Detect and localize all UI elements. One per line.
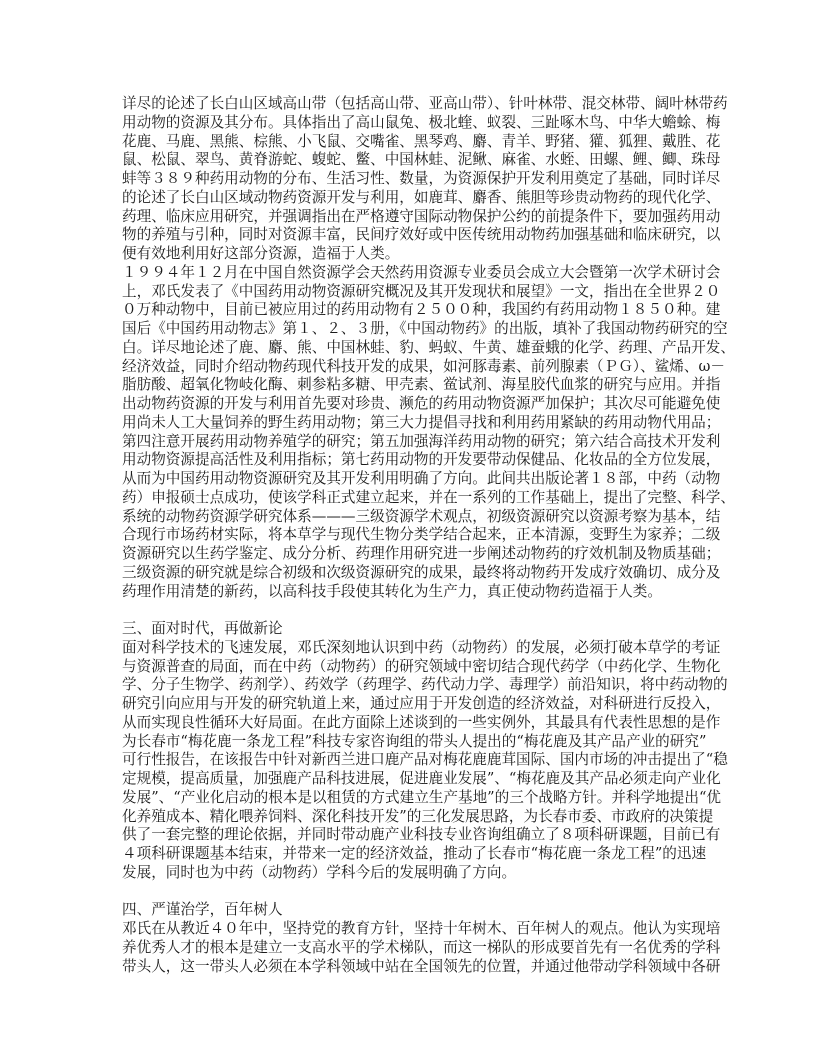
text-line: 养优秀人才的根本是建立一支高水平的学术梯队，而这一梯队的形成要首先有一名优秀的学… — [122, 939, 696, 958]
text-line: 上，邓氏发表了《中国药用动物资源研究概况及其开发现状和展望》一文，指出在全世界２… — [122, 283, 696, 302]
text-line: 从而实现良性循环大好局面。在此方面除上述谈到的一些实例外，其最具有代表性思想的是… — [122, 714, 696, 733]
text-line: ０万种动物中，目前已被应用过的药用动物有２５００种，我国约有药用动物１８５０种。… — [122, 301, 696, 320]
text-line: 供了一套完整的理论依据，并同时带动鹿产业科技专业咨询组确立了８项科研课题，目前已… — [122, 826, 696, 845]
text-line: 定规模，提高质量，加强鹿产品科技进展，促进鹿业发展”、“梅花鹿及其产品必须走向产… — [122, 770, 696, 789]
text-line: 系统的动物药资源学研究体系———三级资源学术观点，初级资源研究以资源考察为基本，… — [122, 508, 696, 527]
text-line: 面对科学技术的飞速发展，邓氏深刻地认识到中药（动物药）的发展，必须打破本草学的考… — [122, 639, 696, 658]
text-line: 鼠、松鼠、翠鸟、黄脊游蛇、蝮蛇、鳖、中国林蛙、泥鳅、麻雀、水蛭、田螺、鲤、鲫、珠… — [122, 151, 696, 170]
document-page: 详尽的论述了长白山区域高山带（包括高山带、亚高山带）、针叶林带、混交林带、阔叶林… — [122, 95, 702, 976]
text-line: 三级资源的研究就是综合初级和次级资源研究的成果，最终将动物药开发成疗效确切、成分… — [122, 564, 696, 583]
text-line: 物的养殖与引种，同时对资源丰富，民间疗效好或中医传统用动物药加强基础和临床研究，… — [122, 226, 696, 245]
text-line: 详尽的论述了长白山区域高山带（包括高山带、亚高山带）、针叶林带、混交林带、阔叶林… — [122, 95, 696, 114]
text-line: 用动物的资源及其分布。具体指出了高山鼠兔、极北蝰、蚁裂、三趾啄木鸟、中华大蟾蜍、… — [122, 114, 696, 133]
text-line: 便有效地利用好这部分资源，造福于人类。 — [122, 245, 696, 264]
text-line: 药理作用清楚的新药，以高科技手段使其转化为生产力，真正使动物药造福于人类。 — [122, 583, 696, 602]
text-line: 与资源普查的局面，而在中药（动物药）的研究领域中密切结合现代药学（中药化学、生物… — [122, 658, 696, 677]
text-line: 花鹿、马鹿、黑熊、棕熊、小飞鼠、交嘴雀、黑琴鸡、麝、青羊、野猪、獾、狐狸、戴胜、… — [122, 133, 696, 152]
text-line: 带头人，这一带头人必须在本学科领域中站在全国领先的位置，并通过他带动学科领域中各… — [122, 958, 696, 977]
text-line: ４项科研课题基本结束，并带来一定的经济效益，推动了长春市“梅花鹿一条龙工程”的迅… — [122, 845, 696, 864]
text-line: 第四注意开展药用动物养殖学的研究；第五加强海洋药用动物的研究；第六结合高技术开发… — [122, 433, 696, 452]
paragraph-1994-symposium: １９９４年１２月在中国自然资源学会天然药用资源专业委员会成立大会暨第一次学术研讨… — [122, 264, 702, 602]
text-line: 药）申报硕士点成功，使该学科正式建立起来，并在一系列的工作基础上，提出了完整、科… — [122, 489, 696, 508]
text-line: １９９４年１２月在中国自然资源学会天然药用资源专业委员会成立大会暨第一次学术研讨… — [122, 264, 696, 283]
text-line: 可行性报告，在该报告中针对新西兰进口鹿产品对梅花鹿鹿茸国际、国内市场的冲击提出了… — [122, 751, 696, 770]
text-line: 化养殖成本、精化喂养饲料、深化科技开发”的三化发展思路，为长春市委、市政府的决策… — [122, 808, 696, 827]
text-line: 合现行市场药材实际，将本草学与现代生物分类学结合起来，正本清源，变野生为家养；二… — [122, 526, 696, 545]
text-line: 学、分子生物学、药剂学）、药效学（药理学、药代动力学、毒理学）前沿知识，将中药动… — [122, 676, 696, 695]
text-line: 国后《中国药用动物志》第１、２、３册，《中国动物药》的出版，填补了我国动物药研究… — [122, 320, 696, 339]
text-line: 资源研究以生药学鉴定、成分分析、药理作用研究进一步阐述动物药的疗效机制及物质基础… — [122, 545, 696, 564]
paragraph-facing-the-times: 面对科学技术的飞速发展，邓氏深刻地认识到中药（动物药）的发展，必须打破本草学的考… — [122, 639, 702, 883]
text-line: 研究引向应用与开发的研究轨道上来，通过应用于开发创造的经济效益，对科研进行反投入… — [122, 695, 696, 714]
paragraph-spacer — [122, 883, 702, 902]
section-heading-4: 四、严谨治学，百年树人 — [122, 901, 696, 920]
paragraph-rigorous-scholarship: 邓氏在从教近４０年中，坚持党的教育方针，坚持十年树木、百年树人的观点。他认为实现… — [122, 920, 702, 976]
paragraph-spacer — [122, 601, 702, 620]
text-line: 用动物资源提高活性及利用指标；第七药用动物的开发要带动保健品、化妆品的全方位发展… — [122, 451, 696, 470]
text-line: 邓氏在从教近４０年中，坚持党的教育方针，坚持十年树木、百年树人的观点。他认为实现… — [122, 920, 696, 939]
text-line: 出动物药资源的开发与利用首先要对珍贵、濒危的药用动物资源严加保护；其次尽可能避免… — [122, 395, 696, 414]
text-line: 蚌等３８９种药用动物的分布、生活习性、数量，为资源保护开发利用奠定了基础，同时详… — [122, 170, 696, 189]
text-line: 为长春市“梅花鹿一条龙工程”科技专家咨询组的带头人提出的“梅花鹿及其产品产业的研… — [122, 733, 696, 752]
text-line: 发展”、“产业化启动的根本是以租赁的方式建立生产基地”的三个战略方针。并科学地提… — [122, 789, 696, 808]
text-line: 发展，同时也为中药（动物药）学科今后的发展明确了方向。 — [122, 864, 696, 883]
text-line: 经济效益，同时介绍动物药现代科技开发的成果，如河豚毒素、前列腺素（ＰＧ）、鲨烯、… — [122, 358, 696, 377]
text-line: 脂肪酸、超氧化物岐化酶、刺参粘多糖、甲壳素、鲎试剂、海星胶代血浆的研究与应用。并… — [122, 376, 696, 395]
paragraph-changbaishan-resources: 详尽的论述了长白山区域高山带（包括高山带、亚高山带）、针叶林带、混交林带、阔叶林… — [122, 95, 702, 264]
text-line: 的论述了长白山区域动物药资源开发与利用，如鹿茸、麝香、熊胆等珍贵动物药的现代化学… — [122, 189, 696, 208]
text-line: 从而为中国药用动物资源研究及其开发利用明确了方向。此间共出版论著１８部，中药（动… — [122, 470, 696, 489]
section-heading-3: 三、面对时代，再做新论 — [122, 620, 696, 639]
text-line: 药理、临床应用研究，并强调指出在严格遵守国际动物保护公约的前提条件下，要加强药用… — [122, 208, 696, 227]
text-line: 白。详尽地论述了鹿、麝、熊、中国林蛙、豹、蚂蚁、牛黄、雄蚕蛾的化学、药理、产品开… — [122, 339, 696, 358]
text-line: 用尚未人工大量饲养的野生药用动物；第三大力提倡寻找和利用药用紧缺的药用动物代用品… — [122, 414, 696, 433]
